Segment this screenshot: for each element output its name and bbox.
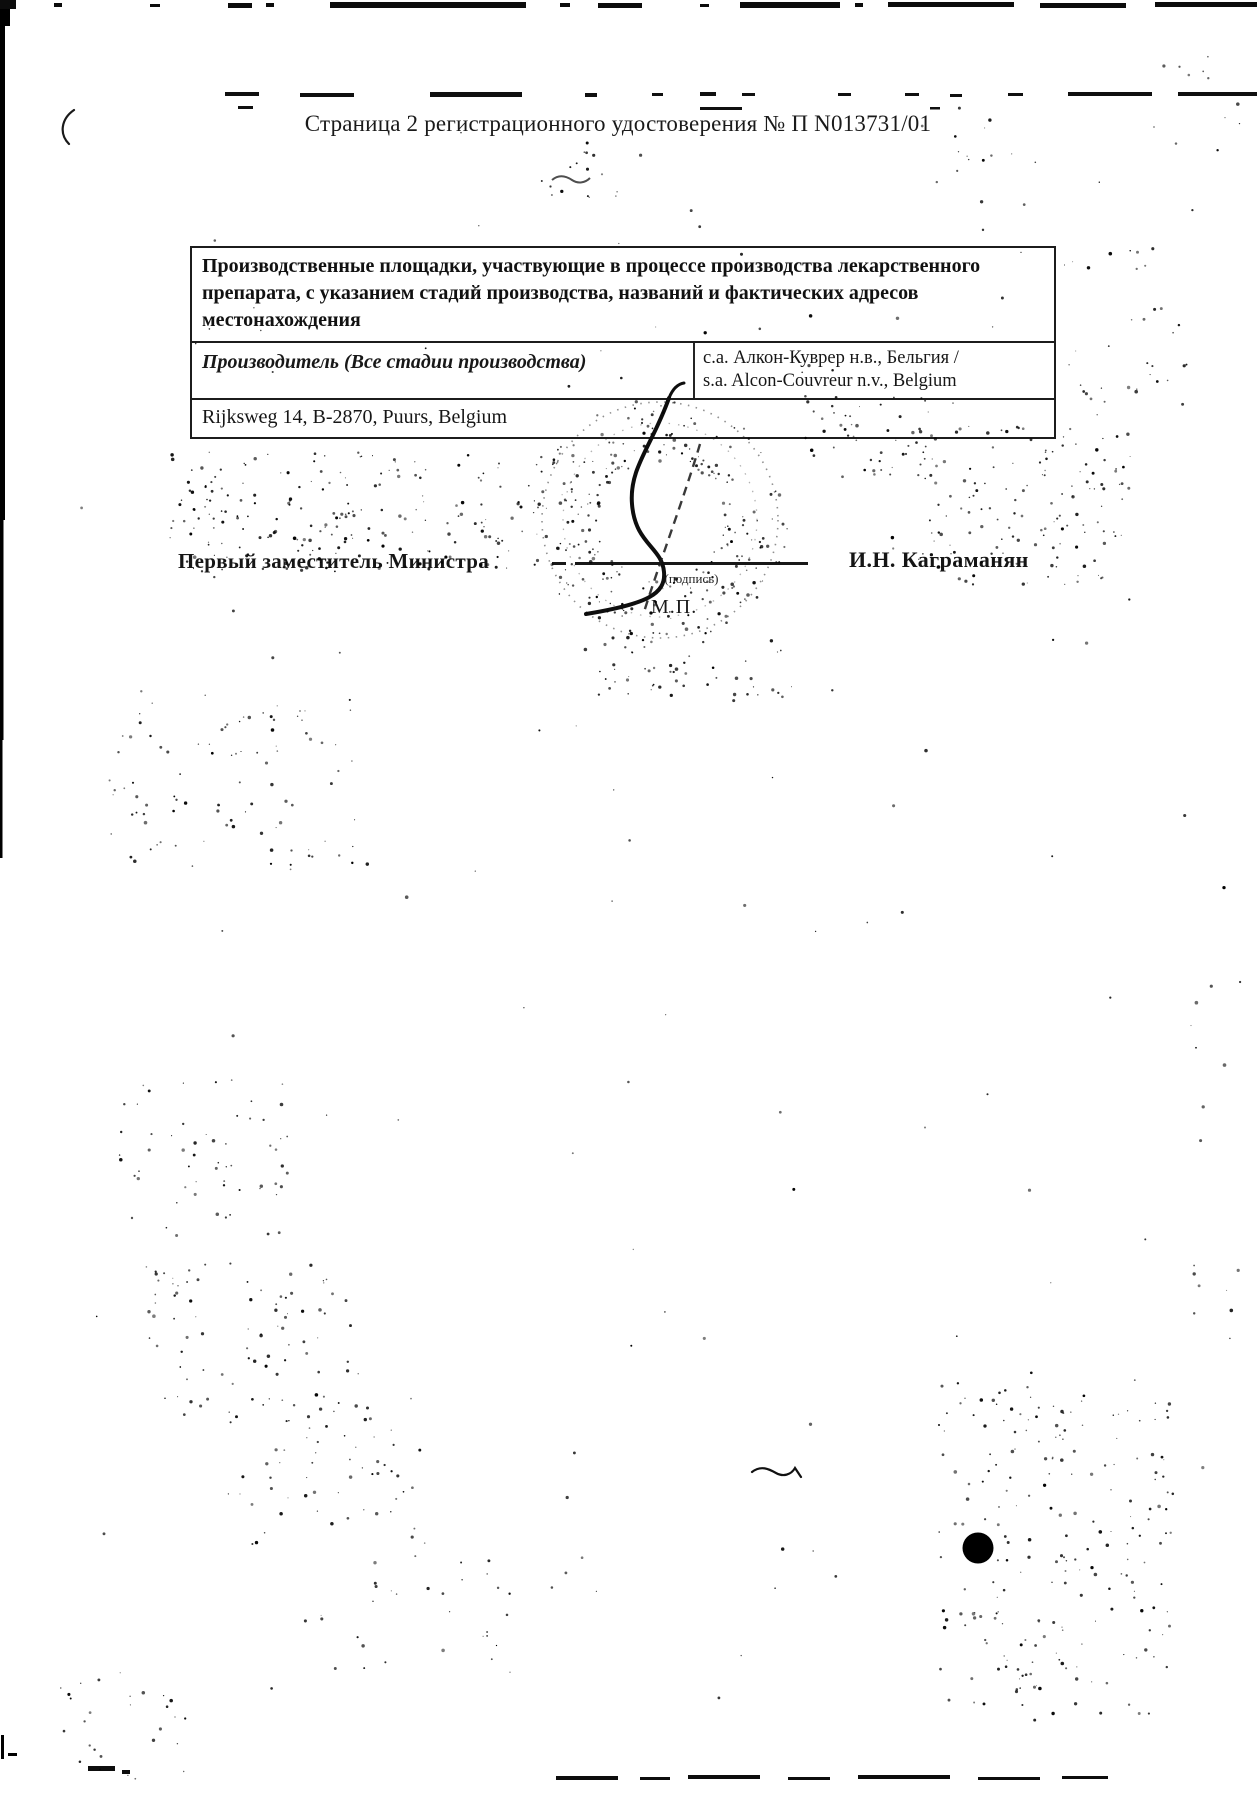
seal-abbreviation: М.П. [651,596,697,619]
ink-dot [963,1533,994,1564]
producer-value-cell: с.а. Алкон-Куврер н.в., Бельгия / s.a. A… [693,343,1054,398]
scanned-document-page: Страница 2 регистрационного удостоверени… [0,0,1257,1800]
table-header-cell: Производственные площадки, участвующие в… [192,248,1054,341]
margin-brace-mark [63,110,74,144]
producer-row: Производитель (Все стадии производства) … [192,341,1054,398]
top-edge-dashes [0,0,1257,9]
signature-caption: (подпись) [575,571,808,587]
scan-edge-artifact [0,0,17,1759]
header-squiggle-mark [552,176,590,182]
line-lead-dash [552,562,566,565]
producer-value-ru: с.а. Алкон-Куврер н.в., Бельгия / [703,347,1046,370]
signature-line [575,562,808,565]
production-sites-table: Производственные площадки, участвующие в… [190,246,1056,439]
stray-squiggle-mark [752,1468,801,1477]
signatory-title: Первый заместитель Министра [178,549,489,574]
signatory-name: И.Н. Каграманян [849,547,1029,573]
address-cell: Rijksweg 14, B-2870, Puurs, Belgium [192,398,1054,437]
page-header: Страница 2 регистрационного удостоверени… [185,111,1051,137]
bottom-edge-dashes [88,1766,1108,1780]
producer-label-cell: Производитель (Все стадии производства) [192,343,693,398]
producer-value-en: s.a. Alcon-Couvreur n.v., Belgium [703,370,1046,393]
dashed-rule [225,92,1257,110]
